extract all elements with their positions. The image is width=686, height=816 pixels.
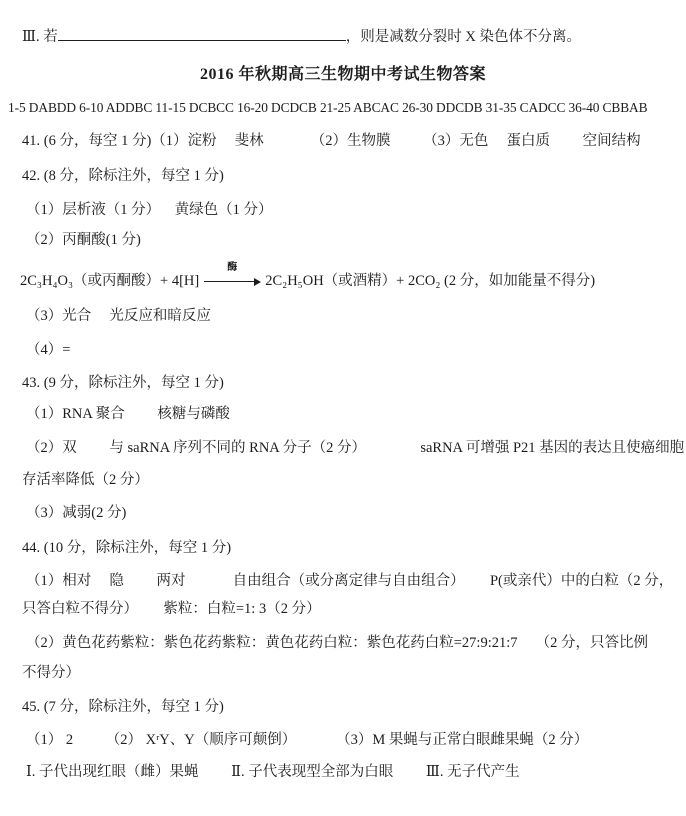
equation-rhs: 2C₂H₅OH（或酒精）+ 2CO₂ (2 分，如加能量不得分) <box>265 273 595 289</box>
q42-answer-2: （2）丙酮酸(1 分) <box>26 232 141 249</box>
fill-prefix: Ⅲ. 若 <box>22 29 58 45</box>
q43-answer-1: （1）RNA 聚合 核糖与磷酸 <box>26 406 230 423</box>
q44-answer-2: （2）黄色花药紫粒：紫色花药紫粒：黄色花药白粒：紫色花药白粒=27:9:21:7… <box>26 635 648 652</box>
doc-title: 2016 年秋期高三生物期中考试生物答案 <box>0 61 686 84</box>
q44-header: 44. (10 分，除标注外，每空 1 分) <box>22 540 231 557</box>
q44-answer-1: （1）相对 隐 两对 自由组合（或分离定律与自由组合） P(或亲代）中的白粒（2… <box>26 573 673 590</box>
reaction-arrow-icon: 酶 <box>204 273 260 286</box>
q43-header: 43. (9 分，除标注外，每空 1 分) <box>22 375 224 392</box>
reaction-equation: 2C₃H₄O₃（或丙酮酸）+ 4[H]酶2C₂H₅OH（或酒精）+ 2CO₂ (… <box>20 273 595 290</box>
q45-header: 45. (7 分，除标注外，每空 1 分) <box>22 699 224 716</box>
mc-answers-line: 1-5 DABDD 6-10 ADDBC 11-15 DCBCC 16-20 D… <box>8 99 647 116</box>
arrow-head <box>254 278 261 286</box>
blank-underline <box>58 27 346 41</box>
fill-in-statement: Ⅲ. 若，则是减数分裂时 X 染色体不分离。 <box>22 27 581 46</box>
q43-answer-2: （2）双 与 saRNA 序列不同的 RNA 分子（2 分） saRNA 可增强… <box>26 440 684 457</box>
q42-answer-4: （4）= <box>26 342 70 359</box>
q44-answer-2-cont: 不得分） <box>22 665 80 682</box>
fill-suffix: ，则是减数分裂时 X 染色体不分离。 <box>346 29 581 45</box>
q45-roman-options: Ⅰ. 子代出现红眼（雌）果蝇 Ⅱ. 子代表现型全部为白眼 Ⅲ. 无子代产生 <box>26 764 520 781</box>
q43-answer-2-cont: 存活率降低（2 分） <box>22 472 149 489</box>
enzyme-label: 酶 <box>227 263 237 273</box>
q42-answer-3: （3）光合 光反应和暗反应 <box>26 308 211 325</box>
q42-header: 42. (8 分，除标注外，每空 1 分) <box>22 168 224 185</box>
q44-answer-1-cont: 只答白粒不得分） 紫粒：白粒=1: 3（2 分） <box>22 601 321 618</box>
q41-line: 41. (6 分，每空 1 分)（1）淀粉 斐林 （2）生物膜 （3）无色 蛋白… <box>22 133 641 150</box>
answer-sheet-page: Ⅲ. 若，则是减数分裂时 X 染色体不分离。 2016 年秋期高三生物期中考试生… <box>0 0 686 816</box>
q42-answer-1: （1）层析液（1 分） 黄绿色（1 分） <box>26 202 273 219</box>
arrow-shaft <box>204 281 256 282</box>
q43-answer-3: （3）减弱(2 分) <box>26 505 126 522</box>
q45-answer-1: （1） 2 （2） XʳY、Y（顺序可颠倒） （3）M 果蝇与正常白眼雌果蝇（2… <box>26 732 588 749</box>
equation-lhs: 2C₃H₄O₃（或丙酮酸）+ 4[H] <box>20 273 199 289</box>
